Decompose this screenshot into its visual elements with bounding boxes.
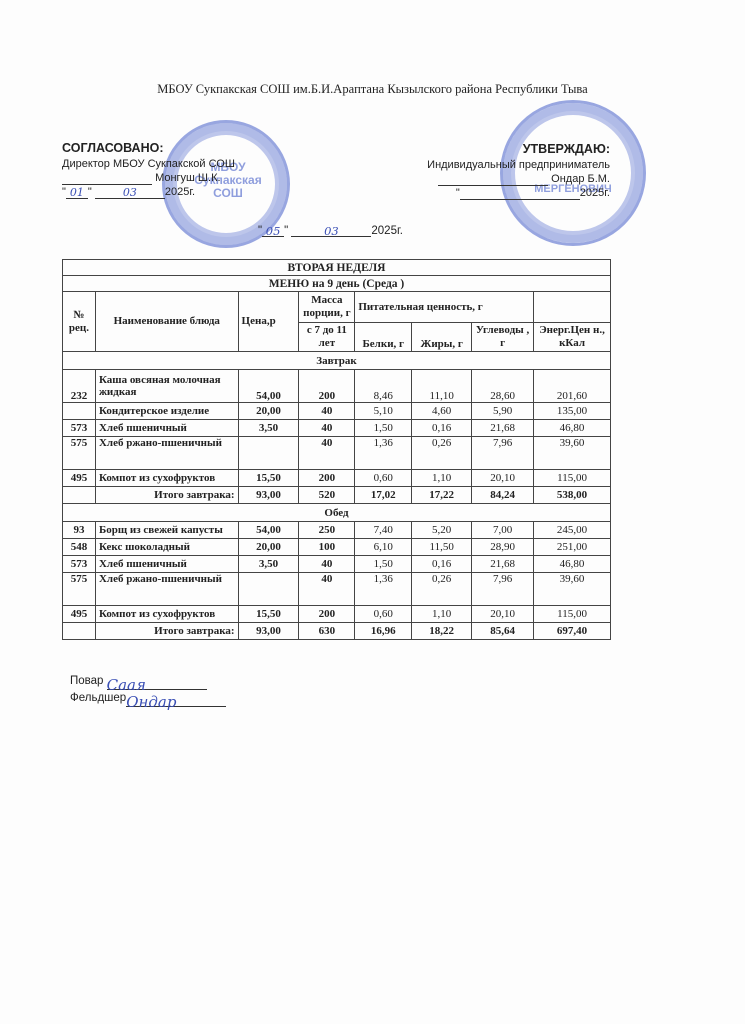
col-recipe-no: № рец. — [63, 292, 96, 352]
dish-name: Борщ из свежей капусты — [95, 522, 238, 539]
recipe-number: 232 — [63, 370, 96, 403]
table-row: 495Компот из сухофруктов15,502000,601,10… — [63, 470, 611, 487]
dish-name: Хлеб пшеничный — [95, 420, 238, 437]
recipe-number — [63, 403, 96, 420]
dish-mass: 200 — [299, 606, 355, 623]
dish-protein: 0,60 — [355, 606, 412, 623]
dish-name: Кекс шоколадный — [95, 539, 238, 556]
approved-date-year: 2025г. — [580, 187, 610, 199]
dish-protein: 1,50 — [355, 556, 412, 573]
dish-carbs: 20,10 — [472, 470, 534, 487]
dish-fat: 0,26 — [412, 437, 472, 470]
dish-carbs: 21,68 — [472, 556, 534, 573]
dish-protein: 8,46 — [355, 370, 412, 403]
dish-mass: 200 — [299, 370, 355, 403]
table-row: 575Хлеб ржано-пшеничный401,360,267,9639,… — [63, 437, 611, 470]
dish-energy: 201,60 — [534, 370, 611, 403]
dish-protein: 1,36 — [355, 573, 412, 606]
dish-carbs: 21,68 — [472, 420, 534, 437]
dish-energy: 46,80 — [534, 420, 611, 437]
dish-price — [238, 437, 299, 470]
total-energy: 538,00 — [534, 487, 611, 504]
dish-protein: 0,60 — [355, 470, 412, 487]
dish-mass: 250 — [299, 522, 355, 539]
total-empty — [63, 623, 96, 640]
dish-protein: 1,36 — [355, 437, 412, 470]
recipe-number: 573 — [63, 420, 96, 437]
total-fat: 17,22 — [412, 487, 472, 504]
recipe-number: 548 — [63, 539, 96, 556]
dish-name: Компот из сухофруктов — [95, 606, 238, 623]
col-carbs: Углеводы , г — [472, 323, 534, 352]
dish-fat: 0,16 — [412, 556, 472, 573]
total-carbs: 84,24 — [472, 487, 534, 504]
agreed-name: Монгуш Ш.К. — [155, 172, 220, 184]
total-mass: 520 — [299, 487, 355, 504]
col-nutrition: Питательная ценность, г — [355, 292, 534, 323]
dish-price: 20,00 — [238, 403, 299, 420]
dish-carbs: 7,96 — [472, 573, 534, 606]
total-mass: 630 — [299, 623, 355, 640]
menu-date-day: 05 — [262, 224, 284, 237]
dish-price — [238, 573, 299, 606]
agreed-block: СОГЛАСОВАНО: Директор МБОУ Сукпакской СО… — [62, 141, 302, 199]
medic-signature: Ондар — [126, 694, 226, 707]
dish-fat: 1,10 — [412, 606, 472, 623]
recipe-number: 495 — [63, 470, 96, 487]
agreed-date-day: 01 — [66, 186, 88, 199]
dish-mass: 200 — [299, 470, 355, 487]
recipe-number: 93 — [63, 522, 96, 539]
table-row: 93Борщ из свежей капусты54,002507,405,20… — [63, 522, 611, 539]
table-row: 232Каша овсяная молочная жидкая54,002008… — [63, 370, 611, 403]
menu-date-year: 2025г. — [371, 225, 403, 237]
recipe-number: 575 — [63, 573, 96, 606]
dish-mass: 40 — [299, 556, 355, 573]
cook-signature: Саая — [107, 677, 207, 690]
dish-name: Компот из сухофруктов — [95, 470, 238, 487]
total-fat: 18,22 — [412, 623, 472, 640]
signatures: Повар Саая ФельдшерОндар — [70, 673, 226, 707]
section-title: Завтрак — [63, 352, 611, 370]
dish-protein: 6,10 — [355, 539, 412, 556]
total-price: 93,00 — [238, 487, 299, 504]
dish-energy: 39,60 — [534, 437, 611, 470]
dish-protein: 1,50 — [355, 420, 412, 437]
menu-table: ВТОРАЯ НЕДЕЛЯ МЕНЮ на 9 день (Среда ) № … — [62, 259, 611, 640]
dish-price: 3,50 — [238, 420, 299, 437]
total-empty — [63, 487, 96, 504]
medic-label: Фельдшер — [70, 692, 126, 704]
approved-heading: УТВЕРЖДАЮ: — [380, 142, 610, 156]
menu-date-month: 03 — [291, 224, 371, 237]
dish-mass: 100 — [299, 539, 355, 556]
col-mass: Масса порции, г — [299, 292, 355, 323]
dish-price: 15,50 — [238, 470, 299, 487]
dish-mass: 40 — [299, 420, 355, 437]
col-fat: Жиры, г — [412, 323, 472, 352]
dish-name: Хлеб пшеничный — [95, 556, 238, 573]
dish-carbs: 28,60 — [472, 370, 534, 403]
total-row: Итого завтрака:93,0052017,0217,2284,2453… — [63, 487, 611, 504]
dish-energy: 251,00 — [534, 539, 611, 556]
recipe-number: 573 — [63, 556, 96, 573]
dish-fat: 0,16 — [412, 420, 472, 437]
section-header: Завтрак — [63, 352, 611, 370]
signature-line — [438, 173, 548, 186]
total-protein: 17,02 — [355, 487, 412, 504]
cook-label: Повар — [70, 675, 103, 687]
col-dish-name: Наименование блюда — [95, 292, 238, 352]
table-row: 575Хлеб ржано-пшеничный401,360,267,9639,… — [63, 573, 611, 606]
table-row: Кондитерское изделие20,00405,104,605,901… — [63, 403, 611, 420]
dish-price: 20,00 — [238, 539, 299, 556]
section-title: Обед — [63, 504, 611, 522]
dish-energy: 115,00 — [534, 606, 611, 623]
agreed-date-month: 03 — [95, 186, 165, 199]
section-header: Обед — [63, 504, 611, 522]
approved-date-line — [460, 187, 580, 200]
approved-name: Ондар Б.М. — [551, 173, 610, 185]
total-row: Итого завтрака:93,0063016,9618,2285,6469… — [63, 623, 611, 640]
dish-price: 54,00 — [238, 522, 299, 539]
recipe-number: 575 — [63, 437, 96, 470]
dish-protein: 7,40 — [355, 522, 412, 539]
week-title: ВТОРАЯ НЕДЕЛЯ — [63, 260, 611, 276]
total-label: Итого завтрака: — [95, 623, 238, 640]
table-row: 548Кекс шоколадный20,001006,1011,5028,90… — [63, 539, 611, 556]
dish-carbs: 28,90 — [472, 539, 534, 556]
dish-carbs: 7,96 — [472, 437, 534, 470]
dish-name: Хлеб ржано-пшеничный — [95, 573, 238, 606]
table-row: 573Хлеб пшеничный3,50401,500,1621,6846,8… — [63, 556, 611, 573]
table-row: 573Хлеб пшеничный3,50401,500,1621,6846,8… — [63, 420, 611, 437]
dish-carbs: 5,90 — [472, 403, 534, 420]
dish-name: Каша овсяная молочная жидкая — [95, 370, 238, 403]
approved-block: УТВЕРЖДАЮ: Индивидуальный предпринимател… — [380, 142, 610, 200]
total-protein: 16,96 — [355, 623, 412, 640]
dish-price: 3,50 — [238, 556, 299, 573]
dish-name: Хлеб ржано-пшеничный — [95, 437, 238, 470]
total-energy: 697,40 — [534, 623, 611, 640]
col-protein: Белки, г — [355, 323, 412, 352]
dish-price: 54,00 — [238, 370, 299, 403]
organization-title: МБОУ Сукпакская СОШ им.Б.И.Арaптана Кызы… — [0, 82, 745, 97]
menu-title: МЕНЮ на 9 день (Среда ) — [63, 276, 611, 292]
col-energy: Энерг.Цен н., кКал — [534, 323, 611, 352]
col-age: с 7 до 11 лет — [299, 323, 355, 352]
dish-energy: 135,00 — [534, 403, 611, 420]
dish-mass: 40 — [299, 437, 355, 470]
dish-fat: 0,26 — [412, 573, 472, 606]
menu-date: "05" 032025г. — [258, 224, 403, 237]
col-price: Цена,р — [238, 292, 299, 352]
agreed-position: Директор МБОУ Сукпакской СОШ — [62, 157, 302, 171]
total-price: 93,00 — [238, 623, 299, 640]
dish-protein: 5,10 — [355, 403, 412, 420]
dish-fat: 11,10 — [412, 370, 472, 403]
agreed-date-year: 2025г. — [165, 186, 195, 198]
recipe-number: 495 — [63, 606, 96, 623]
dish-price: 15,50 — [238, 606, 299, 623]
dish-mass: 40 — [299, 403, 355, 420]
dish-fat: 4,60 — [412, 403, 472, 420]
approved-position: Индивидуальный предприниматель — [380, 158, 610, 172]
dish-carbs: 20,10 — [472, 606, 534, 623]
dish-carbs: 7,00 — [472, 522, 534, 539]
total-carbs: 85,64 — [472, 623, 534, 640]
dish-energy: 39,60 — [534, 573, 611, 606]
signature-line — [62, 172, 152, 185]
total-label: Итого завтрака: — [95, 487, 238, 504]
dish-name: Кондитерское изделие — [95, 403, 238, 420]
table-row: 495Компот из сухофруктов15,502000,601,10… — [63, 606, 611, 623]
dish-fat: 11,50 — [412, 539, 472, 556]
agreed-heading: СОГЛАСОВАНО: — [62, 141, 302, 155]
dish-fat: 1,10 — [412, 470, 472, 487]
dish-energy: 245,00 — [534, 522, 611, 539]
dish-energy: 115,00 — [534, 470, 611, 487]
dish-fat: 5,20 — [412, 522, 472, 539]
dish-energy: 46,80 — [534, 556, 611, 573]
col-energy-top — [534, 292, 611, 323]
dish-mass: 40 — [299, 573, 355, 606]
